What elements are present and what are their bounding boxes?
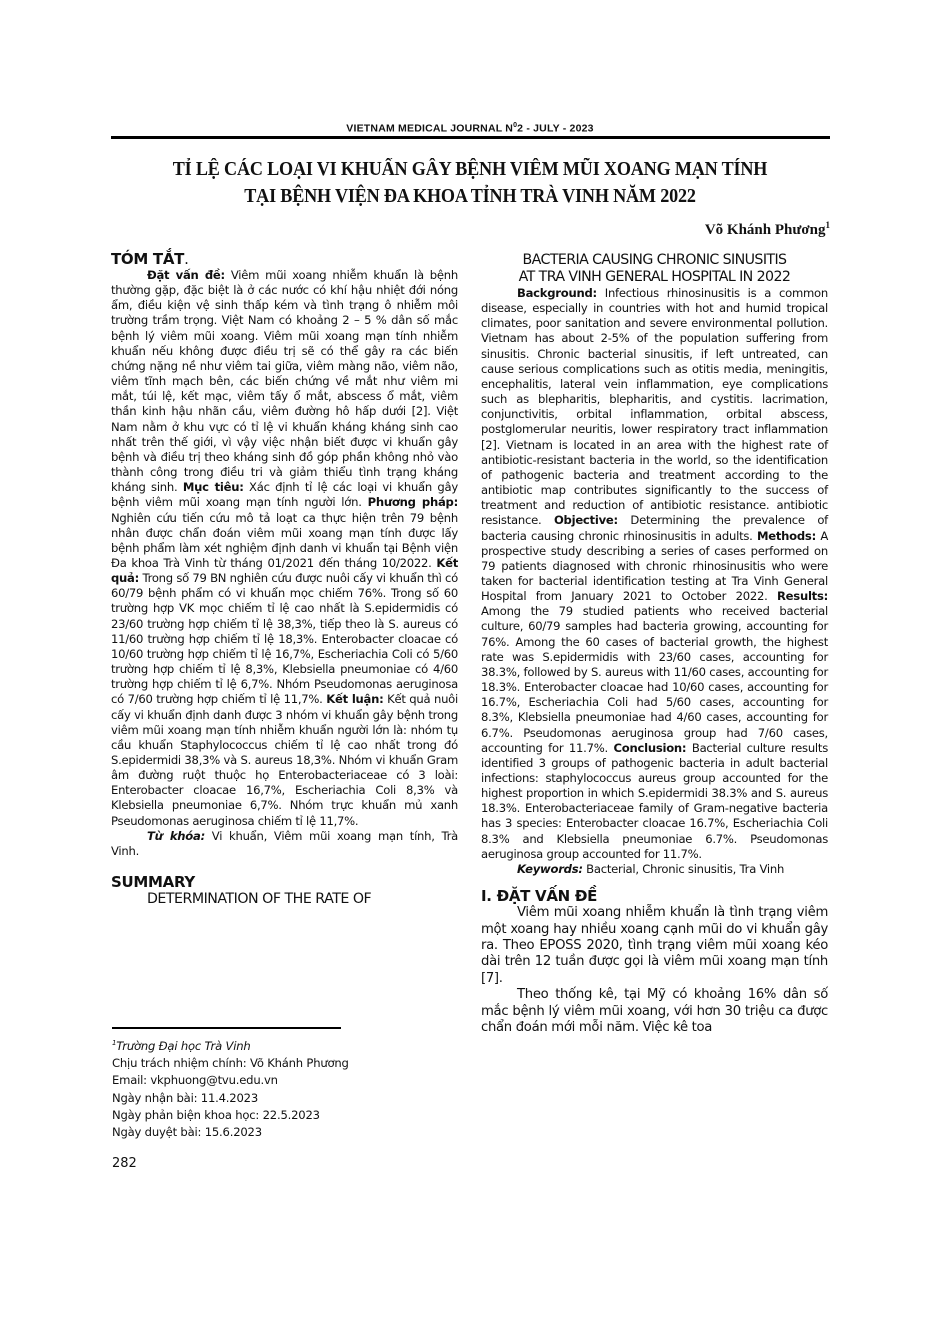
english-title: BACTERIA CAUSING CHRONIC SINUSITIS AT TR… bbox=[481, 252, 828, 286]
text-background-vi: Viêm mũi xoang nhiễm khuẩn là bệnh thườn… bbox=[111, 268, 458, 494]
article-title: TỈ LỆ CÁC LOẠI VI KHUẨN GÂY BỆNH VIÊM MŨ… bbox=[135, 156, 805, 210]
footnote-rule bbox=[112, 1027, 341, 1029]
title-line-2: TẠI BỆNH VIỆN ĐA KHOA TỈNH TRÀ VINH NĂM … bbox=[135, 183, 805, 210]
text-conclusion-en: Bacterial culture results identified 3 g… bbox=[481, 741, 828, 861]
header-rule bbox=[111, 136, 830, 139]
label-conclusion-en: Conclusion: bbox=[614, 741, 687, 755]
footnote-received: Ngày nhận bài: 11.4.2023 bbox=[112, 1090, 459, 1107]
footnotes: 1Trường Đại học Trà Vinh Chịu trách nhiệ… bbox=[112, 1035, 459, 1142]
label-background-vi: Đặt vấn đề: bbox=[147, 268, 225, 282]
running-header: VIETNAM MEDICAL JOURNAL N02 - JULY - 202… bbox=[110, 122, 830, 135]
title-line-1: TỈ LỆ CÁC LOẠI VI KHUẨN GÂY BỆNH VIÊM MŨ… bbox=[135, 156, 805, 183]
text-background-en: Infectious rhinosinusitis is a common di… bbox=[481, 286, 828, 527]
text-results-en: Among the 79 studied patients who receiv… bbox=[481, 604, 828, 754]
abstract-heading: TÓM TẮT. bbox=[111, 250, 458, 268]
text-methods-vi: Nghiên cứu tiến cứu mô tả loạt ca thực h… bbox=[111, 511, 458, 570]
journal-name: VIETNAM MEDICAL JOURNAL N bbox=[346, 123, 513, 135]
abstract-vi: Đặt vấn đề: Viêm mũi xoang nhiễm khuẩn l… bbox=[111, 268, 458, 829]
label-objective-en: Objective: bbox=[554, 513, 618, 527]
footnote-accepted: Ngày duyệt bài: 15.6.2023 bbox=[112, 1124, 459, 1141]
label-objective-vi: Mục tiêu: bbox=[183, 480, 244, 494]
issue-date: 2 - JULY - 2023 bbox=[517, 123, 594, 135]
section-1-paragraph-1: Viêm mũi xoang nhiễm khuẩn là tình trạng… bbox=[481, 905, 828, 987]
left-column: TÓM TẮT. Đặt vấn đề: Viêm mũi xoang nhiễ… bbox=[111, 248, 458, 908]
footnote-reviewed: Ngày phản biện khoa học: 22.5.2023 bbox=[112, 1107, 459, 1124]
right-column: BACTERIA CAUSING CHRONIC SINUSITIS AT TR… bbox=[481, 248, 828, 1036]
section-1-paragraph-2: Theo thống kê, tại Mỹ có khoảng 16% dân … bbox=[481, 987, 828, 1036]
keywords-text-en: Bacterial, Chronic sinusitis, Tra Vinh bbox=[583, 862, 784, 876]
author: Võ Khánh Phương1 bbox=[705, 220, 830, 239]
text-results-vi: Trong số 79 BN nghiên cứu được nuôi cấy … bbox=[111, 571, 458, 706]
author-name: Võ Khánh Phương bbox=[705, 222, 826, 238]
keywords-label-vi: Từ khóa: bbox=[147, 829, 205, 843]
footnote-responsible: Chịu trách nhiệm chính: Võ Khánh Phương bbox=[112, 1055, 459, 1072]
affiliation-text: Trường Đại học Trà Vinh bbox=[116, 1039, 250, 1053]
page-number: 282 bbox=[112, 1156, 137, 1171]
abstract-heading-text: TÓM TẮT bbox=[111, 250, 184, 268]
label-results-en: Results: bbox=[777, 589, 828, 603]
keywords-en: Keywords: Bacterial, Chronic sinusitis, … bbox=[481, 862, 828, 877]
abstract-heading-dot: . bbox=[184, 250, 188, 268]
summary-subtitle: DETERMINATION OF THE RATE OF bbox=[147, 891, 458, 908]
author-affiliation-mark: 1 bbox=[826, 220, 831, 230]
keywords-label-en: Keywords: bbox=[517, 862, 583, 876]
abstract-en: Background: Infectious rhinosinusitis is… bbox=[481, 286, 828, 862]
section-1-heading: I. ĐẶT VẤN ĐỀ bbox=[481, 887, 828, 905]
label-conclusion-vi: Kết luận: bbox=[326, 692, 383, 706]
text-conclusion-vi: Kết quả nuôi cấy vi khuẩn định danh được… bbox=[111, 692, 458, 827]
keywords-vi: Từ khóa: Vi khuẩn, Viêm mũi xoang mạn tí… bbox=[111, 829, 458, 859]
label-background-en: Background: bbox=[517, 286, 597, 300]
footnote-affiliation: 1Trường Đại học Trà Vinh bbox=[112, 1035, 459, 1055]
label-methods-en: Methods: bbox=[757, 529, 816, 543]
journal-page: VIETNAM MEDICAL JOURNAL N02 - JULY - 202… bbox=[0, 0, 942, 1333]
english-title-line-1: BACTERIA CAUSING CHRONIC SINUSITIS bbox=[481, 252, 828, 269]
english-title-line-2: AT TRA VINH GENERAL HOSPITAL IN 2022 bbox=[481, 269, 828, 286]
label-methods-vi: Phương pháp: bbox=[368, 495, 458, 509]
summary-heading: SUMMARY bbox=[111, 873, 458, 891]
footnote-email: Email: vkphuong@tvu.edu.vn bbox=[112, 1072, 459, 1089]
